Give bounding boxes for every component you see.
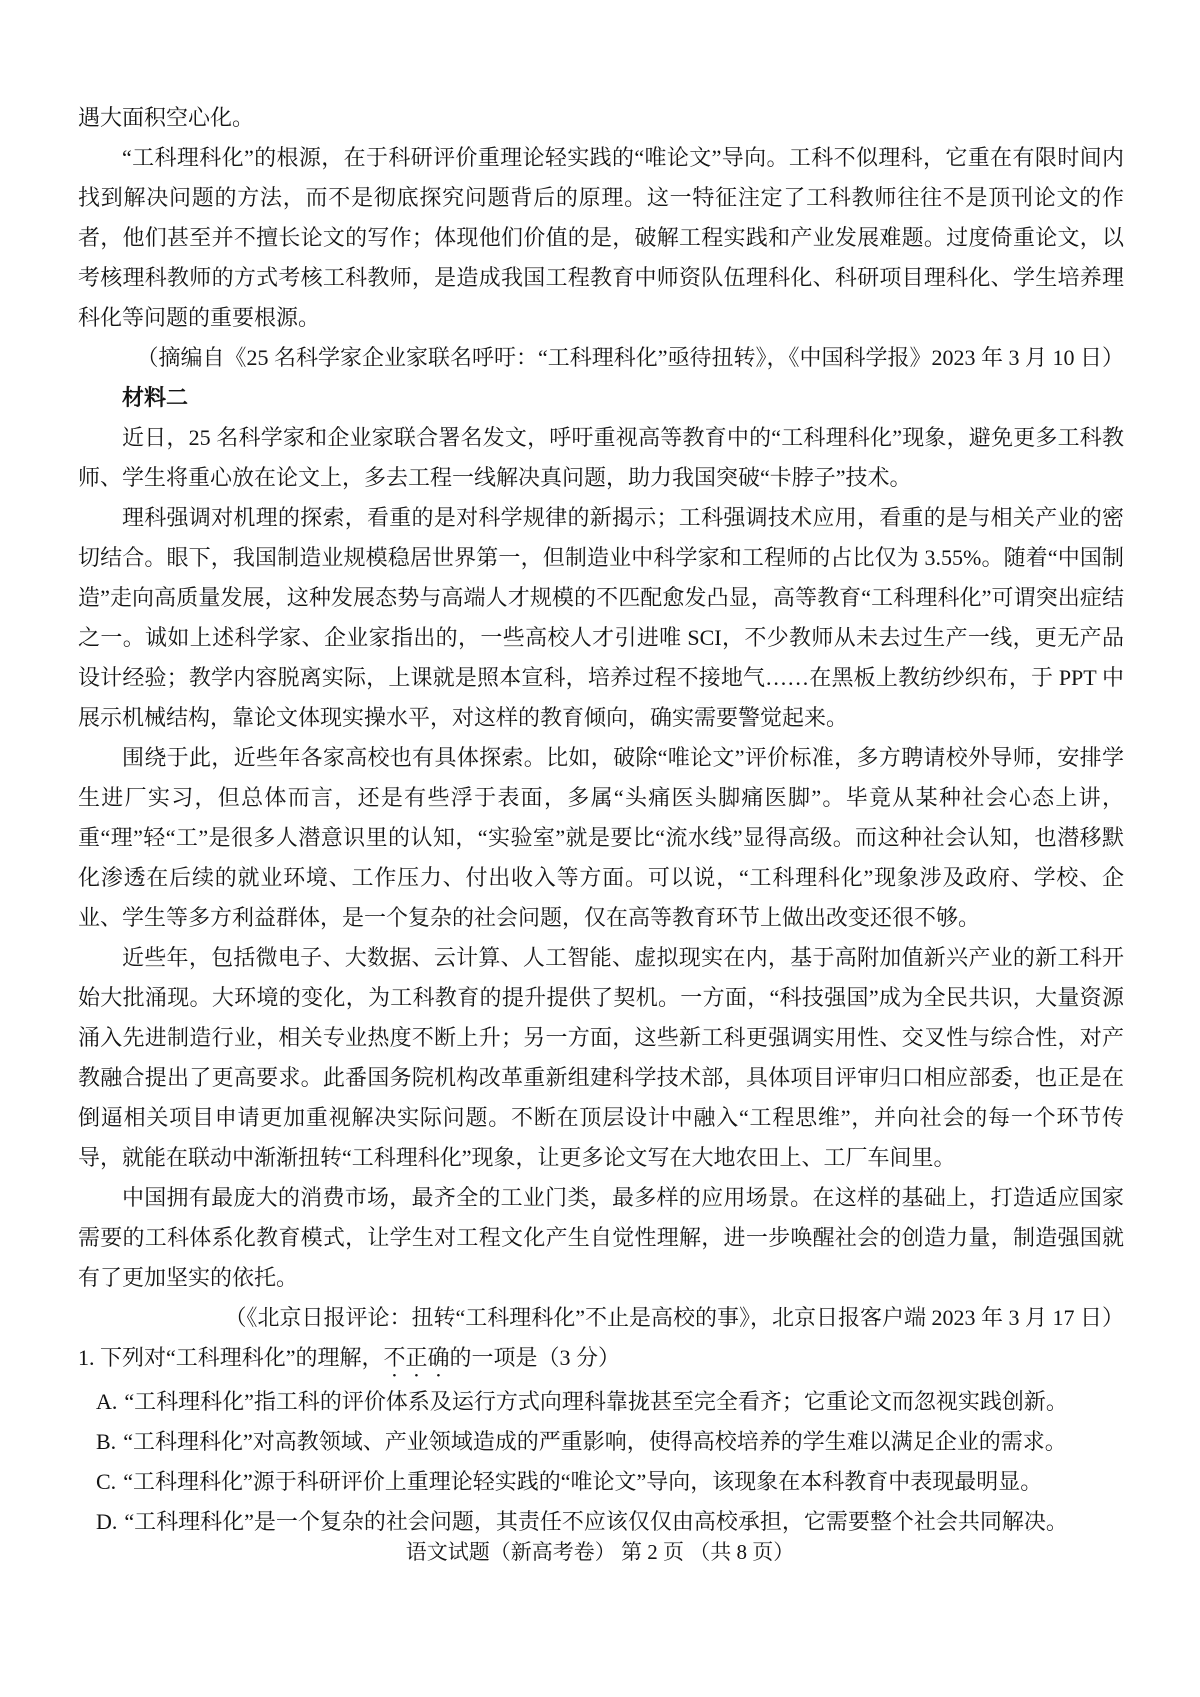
option-a-label: A. — [96, 1389, 117, 1414]
exam-page: 遇大面积空心化。 “工科理科化”的根源，在于科研评价重理论轻实践的“唯论文”导向… — [0, 0, 1200, 1697]
paragraph-joint-letter: 近日，25 名科学家和企业家联合署名发文，呼吁重视高等教育中的“工科理科化”现象… — [78, 418, 1124, 498]
citation-material-one: （摘编自《25 名科学家企业家联名呼吁：“工科理科化”亟待扭转》，《中国科学报》… — [78, 338, 1124, 378]
option-c-text: “工科理科化”源于科研评价上重理论轻实践的“唯论文”导向，该现象在本科教育中表现… — [123, 1469, 1042, 1494]
page-footer: 语文试题（新高考卷） 第 2 页 （共 8 页） — [0, 1532, 1200, 1572]
question-1-option-c: C.“工科理科化”源于科研评价上重理论轻实践的“唯论文”导向，该现象在本科教育中… — [78, 1462, 1124, 1502]
option-d-label: D. — [96, 1509, 117, 1534]
material-two-heading: 材料二 — [78, 378, 1124, 418]
paragraph-college-exploration: 围绕于此，近些年各家高校也有具体探索。比如，破除“唯论文”评价标准，多方聘请校外… — [78, 738, 1124, 938]
exam-body: 遇大面积空心化。 “工科理科化”的根源，在于科研评价重理论轻实践的“唯论文”导向… — [78, 98, 1124, 1542]
question-1-emphasized-incorrect: 不正确 — [384, 1345, 450, 1370]
paragraph-root-cause: “工科理科化”的根源，在于科研评价重理论轻实践的“唯论文”导向。工科不似理科，它… — [78, 138, 1124, 338]
option-b-text: “工科理科化”对高教领域、产业领域造成的严重影响，使得高校培养的学生难以满足企业… — [123, 1429, 1067, 1454]
option-d-text: “工科理科化”是一个复杂的社会问题，其责任不应该仅仅由高校承担，它需要整个社会共… — [124, 1509, 1068, 1534]
question-1-suffix: 的一项是（3 分） — [450, 1345, 621, 1370]
option-a-text: “工科理科化”指工科的评价体系及运行方式向理科靠拢甚至完全看齐；它重论文而忽视实… — [124, 1389, 1068, 1414]
citation-beijing-daily: （《北京日报评论：扭转“工科理科化”不止是高校的事》，北京日报客户端 2023 … — [78, 1298, 1124, 1338]
question-1-prefix: 1. 下列对“工科理科化”的理解， — [78, 1345, 384, 1370]
question-1-option-a: A.“工科理科化”指工科的评价体系及运行方式向理科靠拢甚至完全看齐；它重论文而忽… — [78, 1382, 1124, 1422]
paragraph-china-market: 中国拥有最庞大的消费市场，最齐全的工业门类，最多样的应用场景。在这样的基础上，打… — [78, 1178, 1124, 1298]
continuation-text: 遇大面积空心化。 — [78, 98, 1124, 138]
option-b-label: B. — [96, 1429, 116, 1454]
paragraph-new-engineering: 近些年，包括微电子、大数据、云计算、人工智能、虚拟现实在内，基于高附加值新兴产业… — [78, 938, 1124, 1178]
question-1-option-b: B.“工科理科化”对高教领域、产业领域造成的严重影响，使得高校培养的学生难以满足… — [78, 1422, 1124, 1462]
option-c-label: C. — [96, 1469, 116, 1494]
paragraph-science-vs-engineering: 理科强调对机理的探索，看重的是对科学规律的新揭示；工科强调技术应用，看重的是与相… — [78, 498, 1124, 738]
question-1: 1. 下列对“工科理科化”的理解，不正确的一项是（3 分） — [78, 1338, 1124, 1382]
